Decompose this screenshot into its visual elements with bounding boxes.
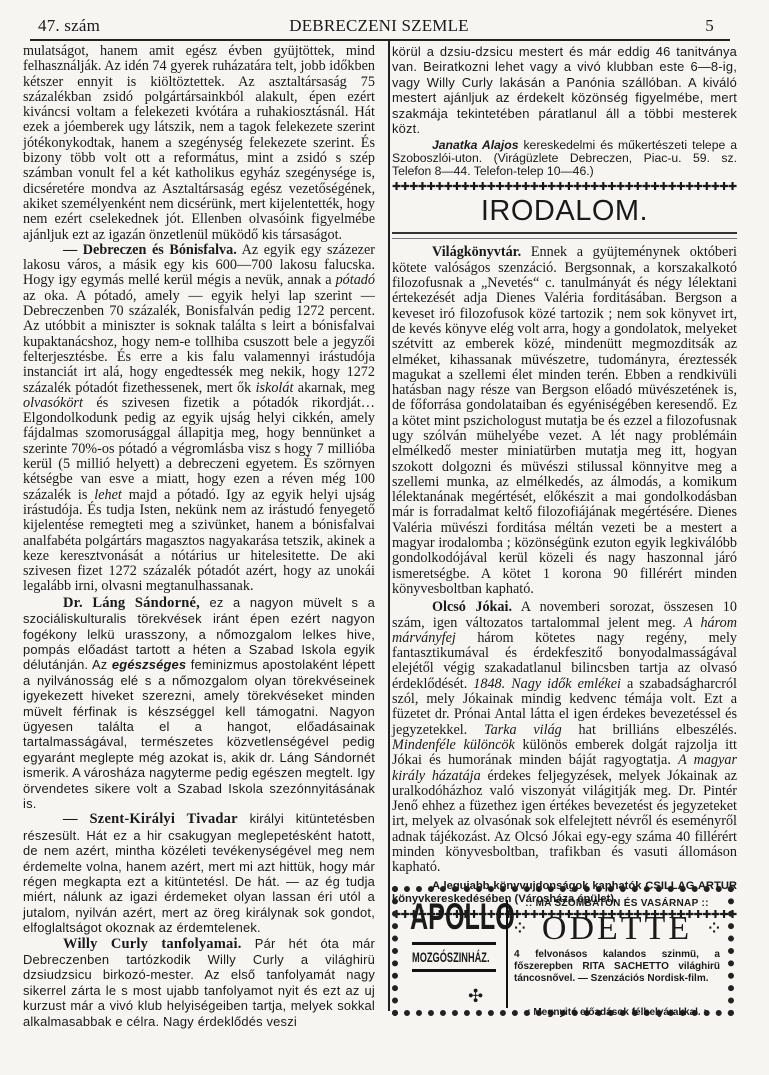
knot-ornament-icon: ✣	[468, 986, 483, 1007]
cinema-subtitle: MOZGÓSZINHÁZ.	[412, 949, 504, 965]
dots-ornament-icon: ⁘	[708, 921, 720, 937]
page-number: 5	[705, 16, 714, 36]
article-szent-kiralyi: — Szent-Királyi Tivadar királyi kitüntet…	[23, 811, 375, 935]
article-continuation: mulatságot, hanem amit egész évben gyüjt…	[23, 44, 375, 243]
article-vilagkonyvtar: Világkönyvtár. Ennek a gyüjteménynek okt…	[392, 245, 737, 597]
apollo-cinema-advertisement: APOLLO MOZGÓSZINHÁZ. ✣ :: MA SZOMBATON É…	[392, 886, 734, 1016]
article-heading: Világkönyvtár.	[432, 244, 521, 260]
ornament-divider: ✚✚✚✚✚✚✚✚✚✚✚✚✚✚✚✚✚✚✚✚✚✚✚✚✚✚✚✚✚✚✚✚✚✚✚✚✚✚✚✚…	[392, 181, 737, 193]
header-rule	[30, 39, 730, 41]
article-willy-curly-continued: körül a dzsiu-dzsicu mestert és már eddi…	[392, 44, 737, 136]
article-willy-curly: Willy Curly tanfolyamai. Pár hét óta már…	[23, 936, 375, 1029]
opening-notice: : Megnyitó előadások félhelyárakkal. :	[514, 1007, 720, 1018]
notice-janatka: Janatka Alajos kereskedelmi és műkertész…	[392, 139, 737, 178]
film-description: 4 felvonásos kalandos szinmü, a főszerep…	[514, 949, 720, 985]
ad-divider	[506, 900, 508, 1008]
article-heading: — Debreczen és Bónisfalva.	[63, 242, 237, 258]
rule	[412, 942, 496, 945]
dots-ornament-icon: ⁘	[514, 921, 526, 937]
right-column: körül a dzsiu-dzsicu mestert és már eddi…	[392, 44, 737, 923]
left-column: mulatságot, hanem amit egész évben gyüjt…	[23, 44, 375, 1029]
column-divider	[388, 41, 390, 1011]
ad-tagline: :: MA SZOMBATON ÉS VASÁRNAP ::	[514, 898, 720, 909]
article-lang-sandorne: Dr. Láng Sándorné, ez a nagyon müvelt s …	[23, 595, 375, 812]
article-olcso-jokai: Olcsó Jókai. A novemberi sorozat, összes…	[392, 600, 737, 875]
article-debreczen-bonisfalva: — Debreczen és Bónisfalva. Az egyik egy …	[23, 243, 375, 595]
newspaper-title: DEBRECZENI SZEMLE	[30, 16, 728, 36]
article-heading: — Szent-Királyi Tivadar	[63, 811, 238, 827]
notice-heading: Janatka Alajos	[432, 138, 518, 152]
cinema-name: APOLLO	[410, 898, 505, 936]
article-heading: Willy Curly tanfolyamai.	[63, 936, 242, 952]
page-header: 47. szám DEBRECZENI SZEMLE 5	[30, 14, 728, 36]
article-heading: Dr. Láng Sándorné,	[63, 595, 200, 611]
section-title-irodalom: IRODALOM.	[392, 195, 737, 227]
section-rule	[392, 232, 737, 239]
article-heading: Olcsó Jókai.	[432, 599, 512, 615]
rule	[412, 969, 496, 972]
ad-program: :: MA SZOMBATON ÉS VASÁRNAP :: ⁘ ODETTE …	[514, 898, 720, 1018]
film-title: ODETTE	[542, 911, 692, 947]
cinema-brand: APOLLO MOZGÓSZINHÁZ.	[410, 898, 502, 1010]
